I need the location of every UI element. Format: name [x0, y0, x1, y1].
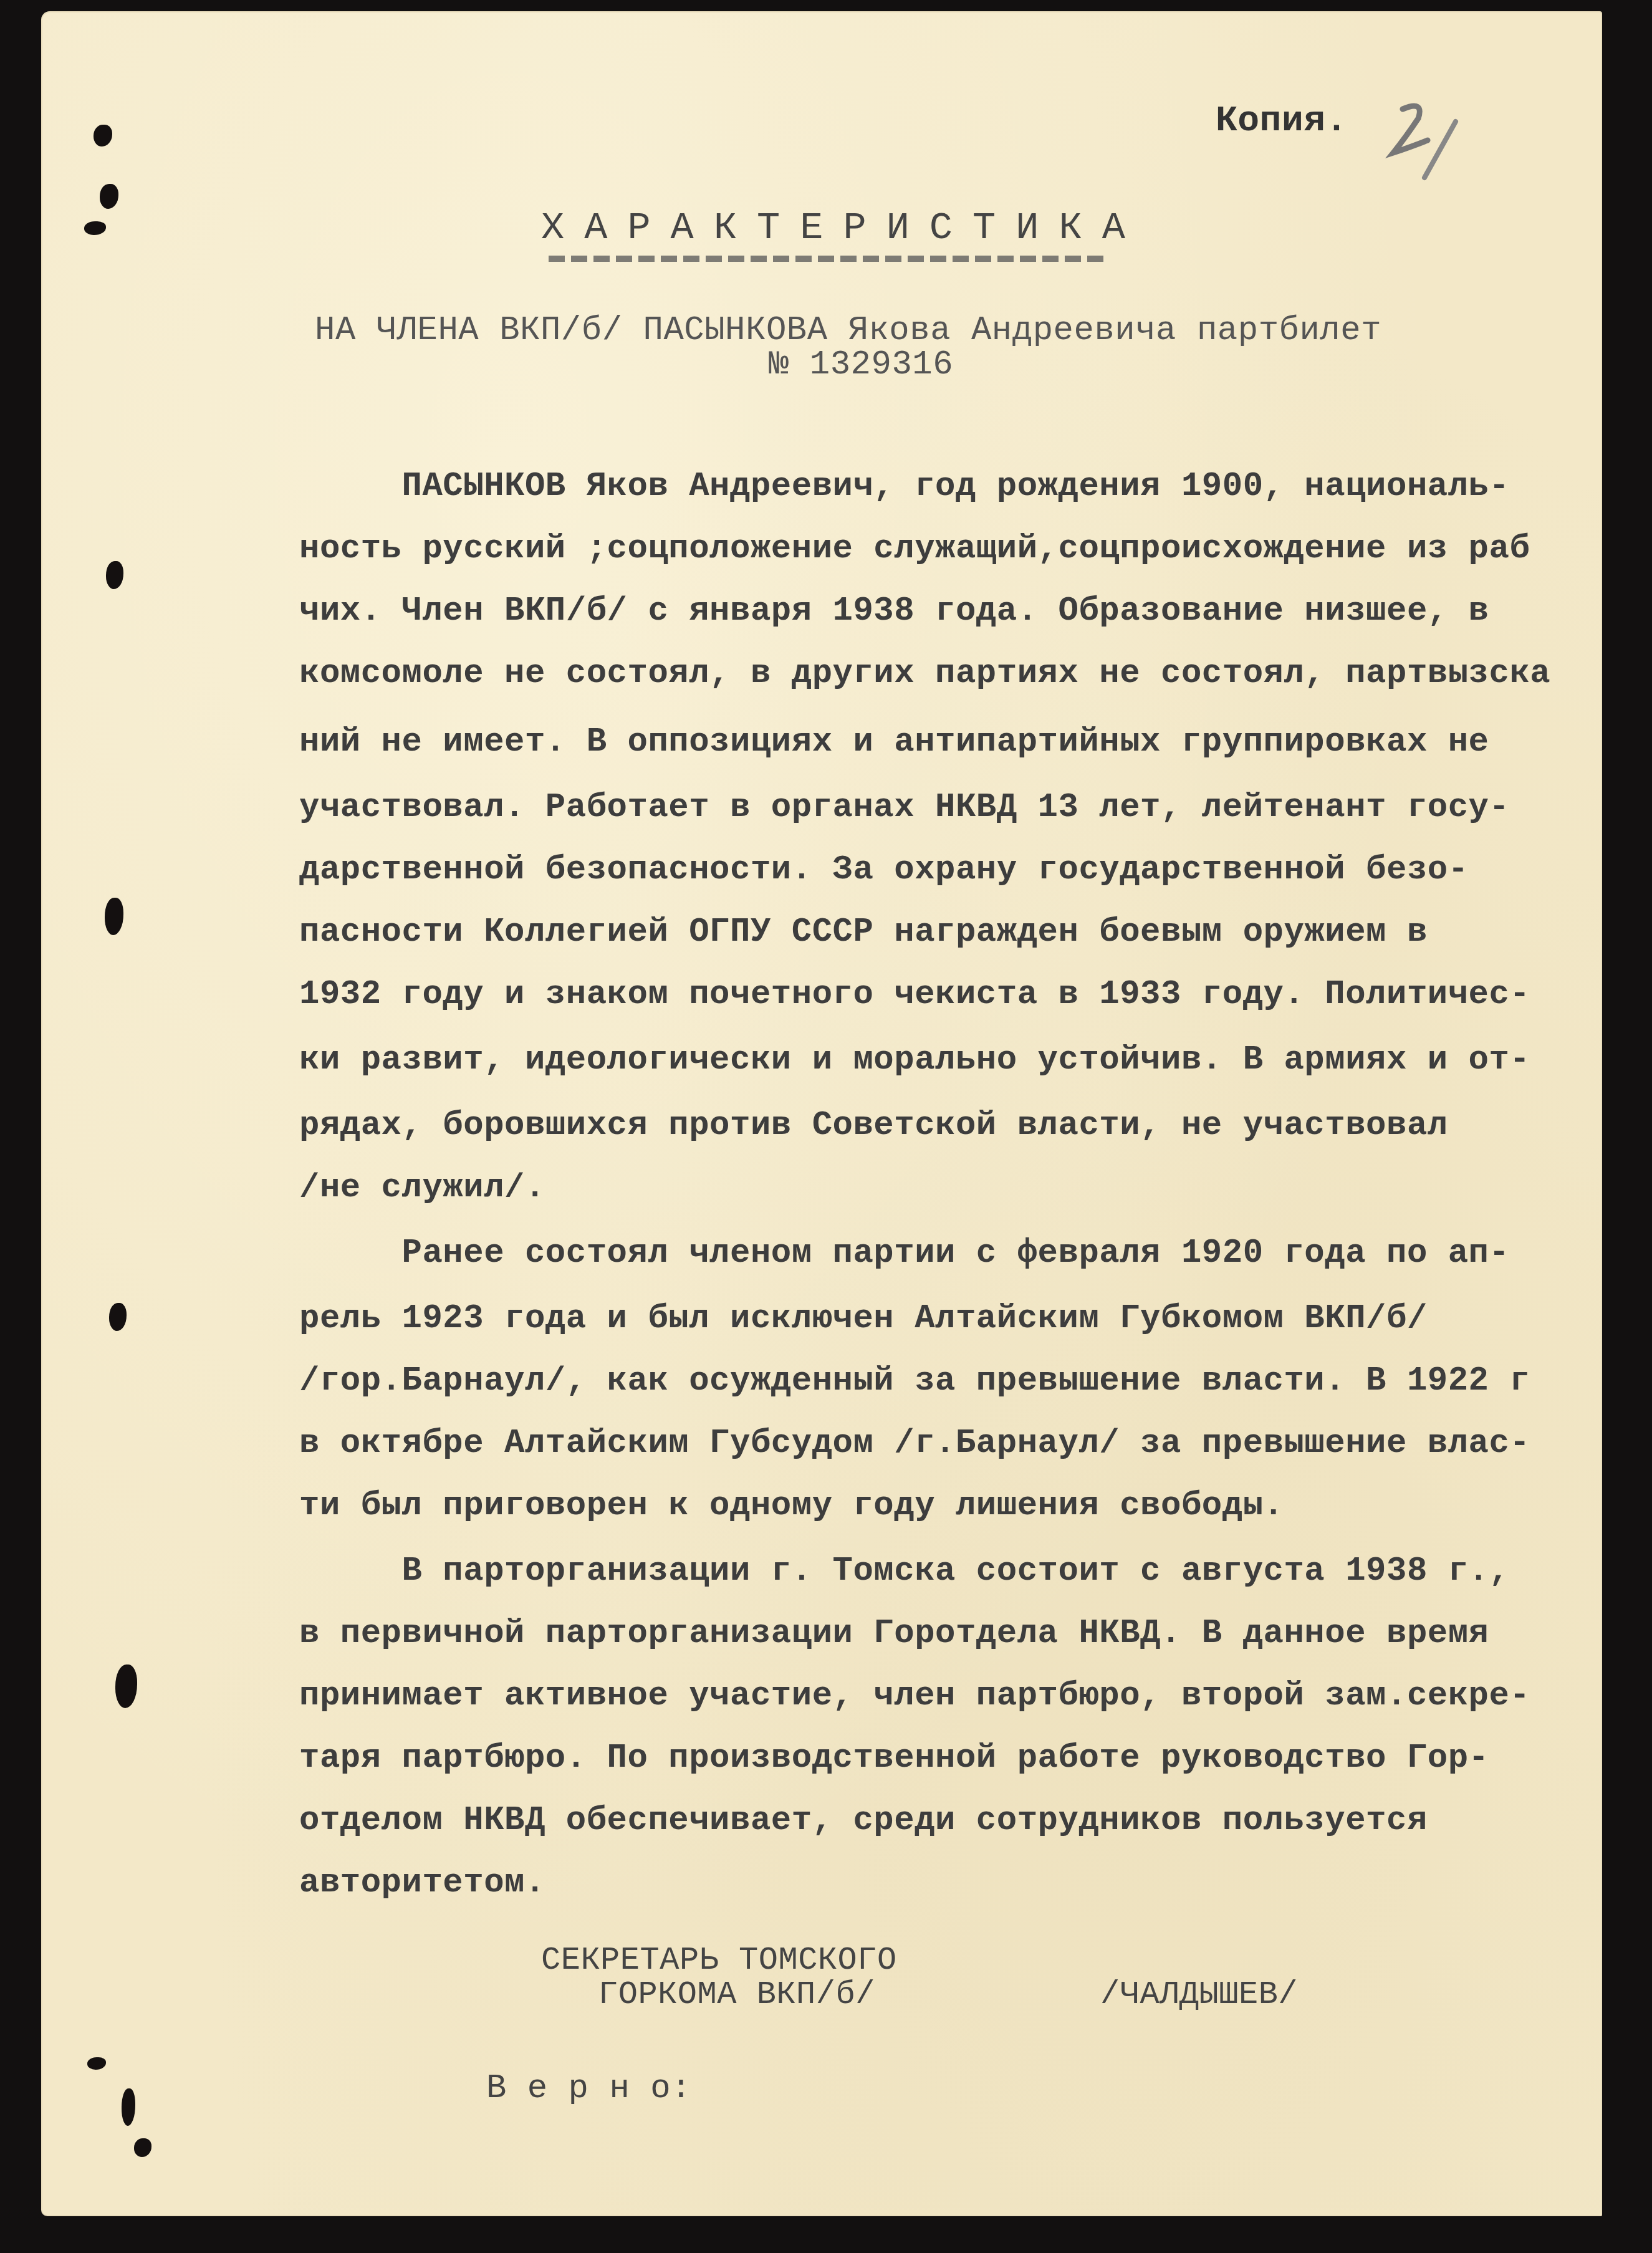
signatory-name: /ЧАЛДЫШЕВ/: [1100, 1976, 1298, 2013]
body-line: В парторганизации г. Томска состоит с ав…: [299, 1552, 1509, 1590]
body-line: чих. Член ВКП/б/ с января 1938 года. Обр…: [299, 592, 1489, 630]
body-line: ний не имеет. В оппозициях и антипартийн…: [299, 723, 1489, 761]
body-line: отделом НКВД обеспечивает, среди сотрудн…: [299, 1802, 1428, 1840]
document-title: ХАРАКТЕРИСТИКА: [541, 206, 1145, 250]
signatory-position: СЕКРЕТАРЬ ТОМСКОГО: [541, 1942, 897, 1979]
certification-label: В е р н о:: [486, 2070, 691, 2108]
body-line: ки развит, идеологически и морально усто…: [299, 1041, 1530, 1079]
folio-number-handwritten: [1381, 94, 1462, 181]
body-line: ПАСЫНКОВ Яков Андреевич, год рождения 19…: [299, 468, 1509, 506]
body-line: таря партбюро. По производственной работ…: [299, 1739, 1489, 1777]
body-line: Ранее состоял членом партии с февраля 19…: [299, 1234, 1509, 1272]
body-line: ность русский ;соцположение служащий,соц…: [299, 530, 1530, 568]
body-line: рель 1923 года и был исключен Алтайским …: [299, 1300, 1428, 1338]
body-line: участвовал. Работает в органах НКВД 13 л…: [299, 789, 1509, 827]
body-line: в октябре Алтайским Губсудом /г.Барнаул/…: [299, 1424, 1530, 1463]
signatory-position: ГОРКОМА ВКП/б/: [598, 1976, 875, 2013]
body-line: в первичной парторганизации Горотдела НК…: [299, 1615, 1489, 1653]
copy-mark: Копия.: [1216, 101, 1348, 142]
subtitle-line: НА ЧЛЕНА ВКП/б/ ПАСЫНКОВА Якова Андрееви…: [315, 312, 1381, 350]
body-line: рядах, боровшихся против Советской власт…: [299, 1107, 1448, 1145]
body-line: комсомоле не состоял, в других партиях н…: [299, 655, 1550, 693]
body-line: авторитетом.: [299, 1864, 545, 1902]
body-line: /не служил/.: [299, 1169, 545, 1207]
body-line: /гор.Барнаул/, как осужденный за превыше…: [299, 1362, 1530, 1400]
party-card-number: № 1329316: [769, 346, 953, 384]
body-line: 1932 году и знаком почетного чекиста в 1…: [299, 976, 1530, 1014]
body-line: дарственной безопасности. За охрану госу…: [299, 851, 1469, 889]
body-line: пасности Коллегией ОГПУ СССР награжден б…: [299, 913, 1428, 951]
body-line: принимает активное участие, член партбюр…: [299, 1677, 1530, 1715]
body-line: ти был приговорен к одному году лишения …: [299, 1487, 1284, 1525]
title-underline: [549, 256, 1110, 262]
